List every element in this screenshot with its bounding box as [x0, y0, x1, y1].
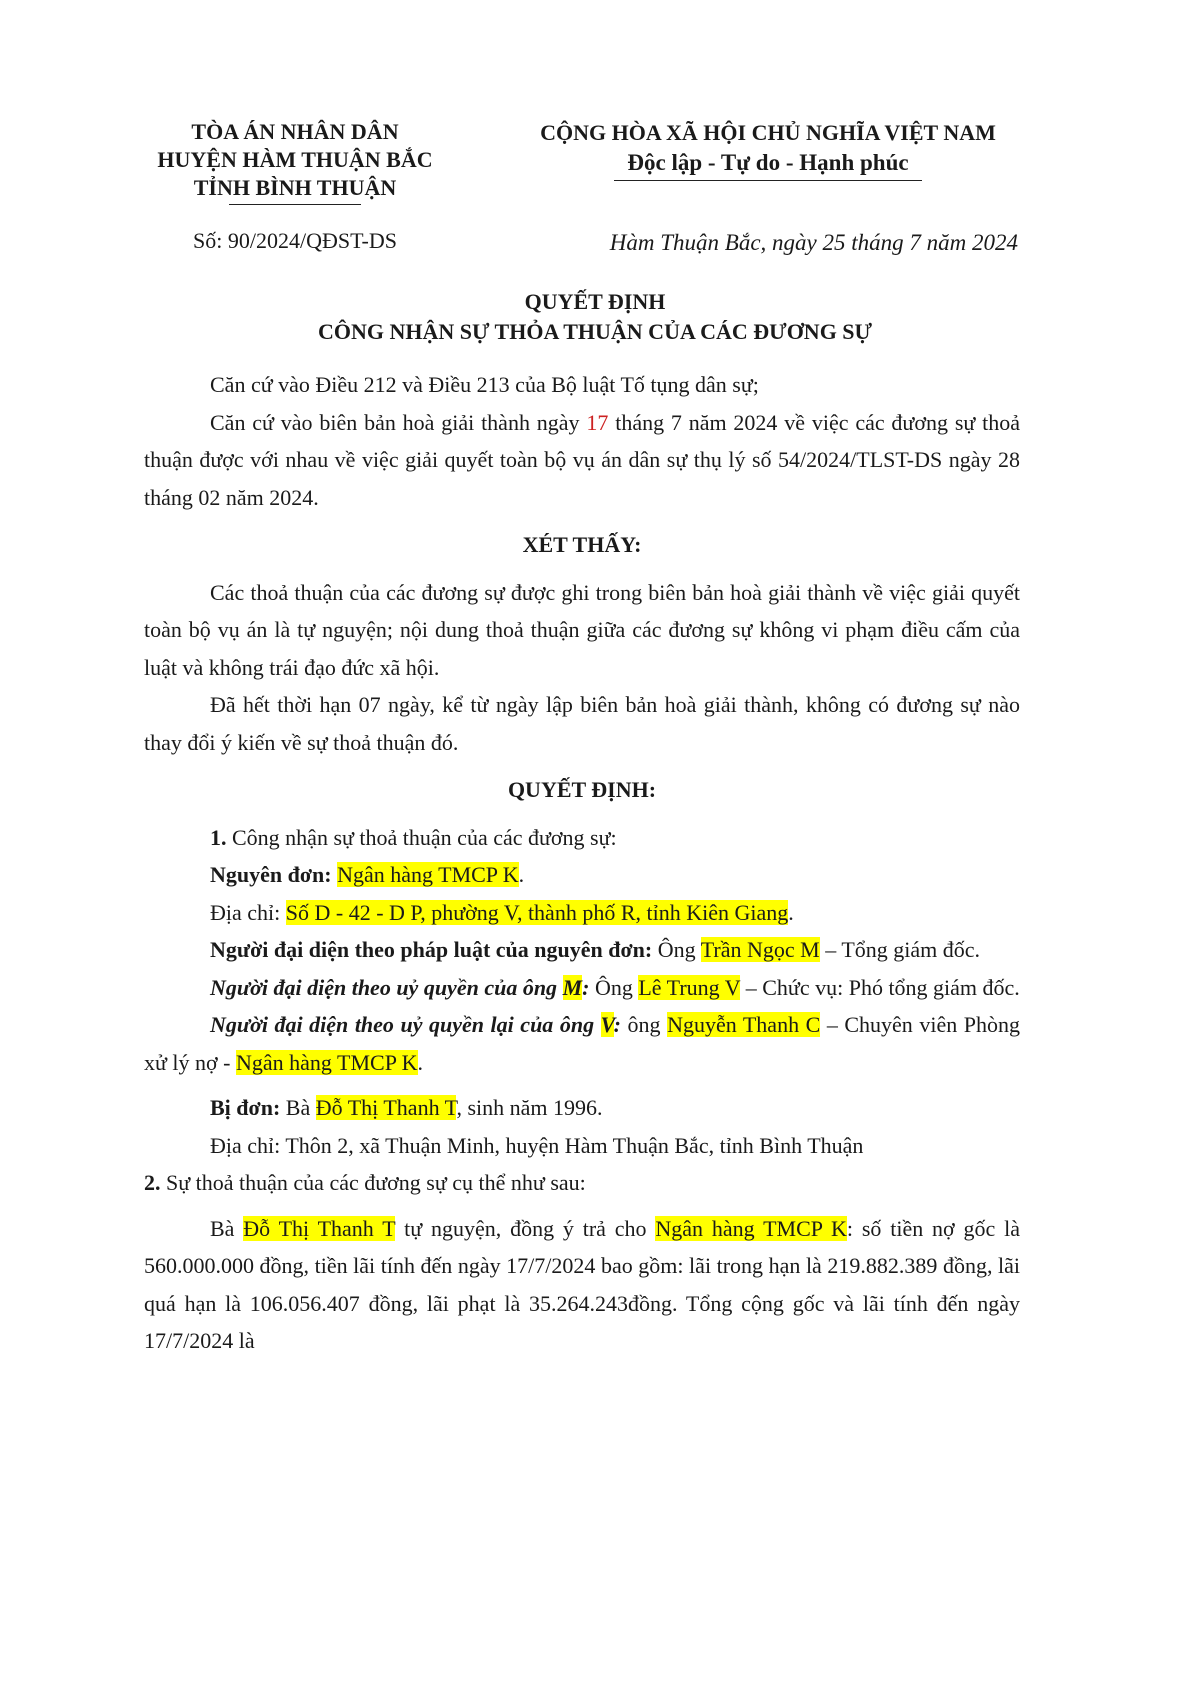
- defendant-address-line: Địa chỉ: Thôn 2, xã Thuận Minh, huyện Hà…: [144, 1127, 1020, 1165]
- defendant-label: Bị đơn:: [210, 1095, 280, 1120]
- legal-rep-line: Người đại diện theo pháp luật của nguyên…: [144, 931, 1020, 969]
- plaintiff-name: Ngân hàng TMCP K: [337, 862, 519, 887]
- address-label: Địa chỉ:: [210, 900, 286, 925]
- decision-item-2: 2. Sự thoả thuận của các đương sự cụ thể…: [144, 1164, 1020, 1202]
- auth-rep-principal: M: [563, 975, 583, 1000]
- court-line: HUYỆN HÀM THUẬN BẮC: [100, 146, 490, 174]
- considering-paragraph-1: Các thoả thuận của các đương sự được ghi…: [144, 574, 1020, 687]
- court-line: TỈNH BÌNH THUẬN: [100, 174, 490, 202]
- document-body: Căn cứ vào Điều 212 và Điều 213 của Bộ l…: [144, 366, 1020, 1360]
- title-line-2: CÔNG NHẬN SỰ THỎA THUẬN CỦA CÁC ĐƯƠNG SỰ: [100, 317, 1090, 347]
- court-underline: [229, 204, 361, 205]
- sub-rep-principal: V: [601, 1012, 614, 1037]
- document-number: Số: 90/2024/QĐST-DS: [100, 228, 490, 254]
- text: :: [614, 1012, 621, 1037]
- text: Bà: [210, 1216, 243, 1241]
- plaintiff-address: Số D - 42 - D P, phường V, thành phố R, …: [286, 900, 788, 925]
- document-page: TÒA ÁN NHÂN DÂN HUYỆN HÀM THUẬN BẮC TỈNH…: [0, 0, 1190, 1682]
- sub-rep-name: Nguyễn Thanh C: [667, 1012, 820, 1037]
- plaintiff-line: Nguyên đơn: Ngân hàng TMCP K.: [144, 856, 1020, 894]
- considering-paragraph-2: Đã hết thời hạn 07 ngày, kể từ ngày lập …: [144, 686, 1020, 761]
- legal-rep-name: Trần Ngọc M: [701, 937, 820, 962]
- auth-rep-label: Người đại diện theo uỷ quyền của ông: [210, 975, 563, 1000]
- court-line: TÒA ÁN NHÂN DÂN: [100, 118, 490, 146]
- court-header: TÒA ÁN NHÂN DÂN HUYỆN HÀM THUẬN BẮC TỈNH…: [100, 118, 490, 205]
- text: Bà: [280, 1095, 315, 1120]
- text: – Tổng giám đốc.: [820, 937, 980, 962]
- plaintiff-address-line: Địa chỉ: Số D - 42 - D P, phường V, thàn…: [144, 894, 1020, 932]
- legal-rep-label: Người đại diện theo pháp luật của nguyên…: [210, 937, 652, 962]
- defendant-line: Bị đơn: Bà Đỗ Thị Thanh T, sinh năm 1996…: [144, 1089, 1020, 1127]
- place-date: Hàm Thuận Bắc, ngày 25 tháng 7 năm 2024: [508, 230, 1018, 256]
- auth-rep-name: Lê Trung V: [638, 975, 740, 1000]
- text: tự nguyện, đồng ý trả cho: [395, 1216, 655, 1241]
- title-line-1: QUYẾT ĐỊNH: [100, 287, 1090, 317]
- document-title: QUYẾT ĐỊNH CÔNG NHẬN SỰ THỎA THUẬN CỦA C…: [100, 287, 1090, 347]
- agreement-paragraph: Bà Đỗ Thị Thanh T tự nguyện, đồng ý trả …: [144, 1210, 1020, 1360]
- auth-rep-line: Người đại diện theo uỷ quyền của ông M: …: [144, 969, 1020, 1007]
- defendant-name: Đỗ Thị Thanh T: [316, 1095, 457, 1120]
- plaintiff-label: Nguyên đơn:: [210, 862, 332, 887]
- considering-heading: XÉT THẤY:: [144, 526, 1020, 564]
- text: ông: [621, 1012, 667, 1037]
- text: Công nhận sự thoả thuận của các đương sự…: [227, 825, 617, 850]
- text: , sinh năm 1996.: [456, 1095, 602, 1120]
- basis-paragraph-2: Căn cứ vào biên bản hoà giải thành ngày …: [144, 404, 1020, 517]
- motto-underline: [614, 180, 922, 181]
- decision-item-1: 1. Công nhận sự thoả thuận của các đương…: [144, 819, 1020, 857]
- debtor-name: Đỗ Thị Thanh T: [243, 1216, 395, 1241]
- basis-paragraph-1: Căn cứ vào Điều 212 và Điều 213 của Bộ l…: [144, 366, 1020, 404]
- hearing-day: 17: [586, 410, 608, 435]
- sub-rep-label: Người đại diện theo uỷ quyền lại của ông: [210, 1012, 601, 1037]
- nation-name: CỘNG HÒA XÃ HỘI CHỦ NGHĨA VIỆT NAM: [508, 118, 1028, 148]
- creditor-name: Ngân hàng TMCP K: [655, 1216, 847, 1241]
- sub-rep-org: Ngân hàng TMCP K: [236, 1050, 418, 1075]
- decision-heading: QUYẾT ĐỊNH:: [144, 771, 1020, 809]
- text: Căn cứ vào biên bản hoà giải thành ngày: [210, 410, 586, 435]
- sub-rep-line: Người đại diện theo uỷ quyền lại của ông…: [144, 1006, 1020, 1081]
- item-number: 1.: [210, 825, 227, 850]
- nation-header: CỘNG HÒA XÃ HỘI CHỦ NGHĨA VIỆT NAM Độc l…: [508, 118, 1028, 181]
- item-number: 2.: [144, 1170, 161, 1195]
- nation-motto: Độc lập - Tự do - Hạnh phúc: [508, 148, 1028, 178]
- text: Sự thoả thuận của các đương sự cụ thể nh…: [161, 1170, 586, 1195]
- text: – Chức vụ: Phó tổng giám đốc.: [740, 975, 1020, 1000]
- text: Ông: [589, 975, 638, 1000]
- text: Ông: [652, 937, 701, 962]
